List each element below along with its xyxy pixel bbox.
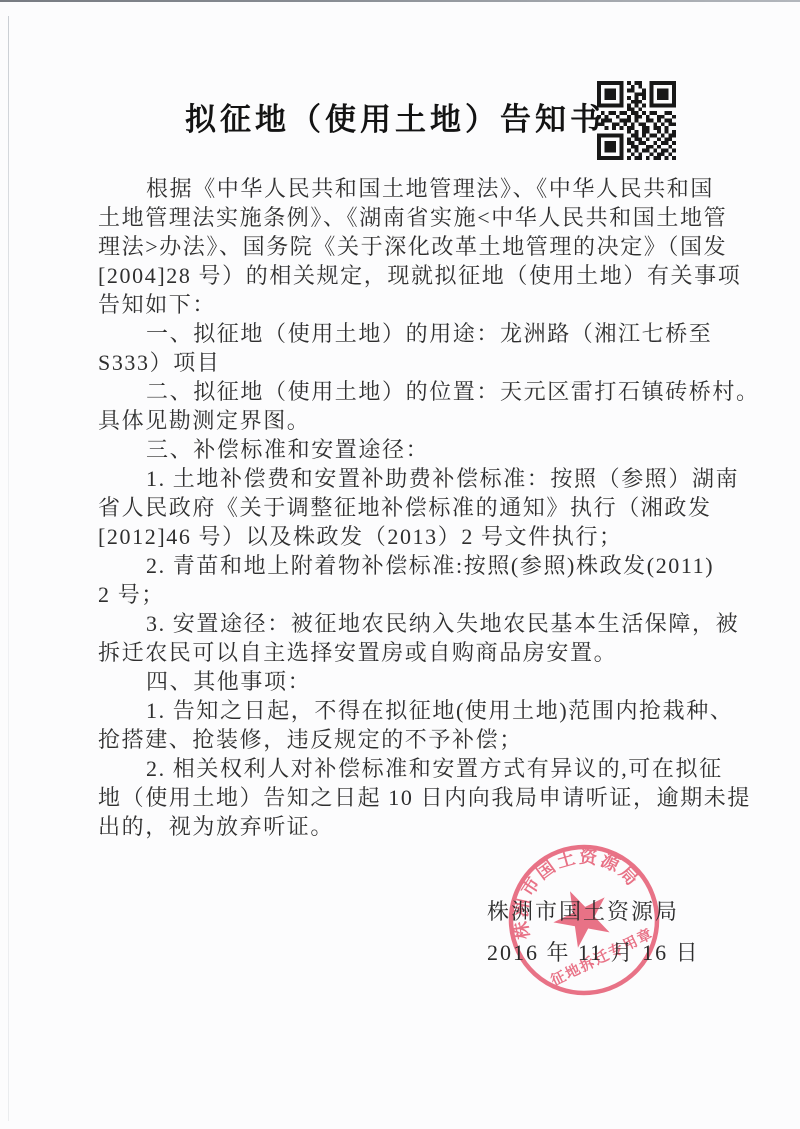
text-line: 土地管理法实施条例》、《湖南省实施<中华人民共和国土地管: [98, 203, 718, 232]
text-line: S333）项目: [98, 348, 718, 377]
text-line: 地（使用土地）告知之日起 10 日内向我局申请听证，逾期未提: [98, 783, 718, 812]
agency-name: 株洲市国土资源局: [487, 891, 700, 932]
text-line: 1. 告知之日起，不得在拟征地(使用土地)范围内抢栽种、: [98, 696, 718, 725]
text-line: 一、拟征地（使用土地）的用途：龙洲路（湘江七桥至: [98, 319, 718, 348]
text-line: 具体见勘测定界图。: [98, 406, 718, 435]
text-line: 2 号；: [98, 580, 718, 609]
paragraph: 1. 告知之日起，不得在拟征地(使用土地)范围内抢栽种、抢搭建、抢装修，违反规定…: [98, 696, 718, 754]
body-paragraphs: 根据《中华人民共和国土地管理法》、《中华人民共和国土地管理法实施条例》、《湖南省…: [98, 174, 718, 841]
signature-block: 株洲市国土资源局 2016 年 11 月 16 日: [487, 891, 700, 973]
paragraph: 3. 安置途径：被征地农民纳入失地农民基本生活保障，被拆迁农民可以自主选择安置房…: [98, 609, 718, 667]
paragraph: 一、拟征地（使用土地）的用途：龙洲路（湘江七桥至S333）项目: [98, 319, 718, 377]
text-line: 3. 安置途径：被征地农民纳入失地农民基本生活保障，被: [98, 609, 718, 638]
qr-code: [597, 81, 676, 160]
paragraph: 三、补偿标准和安置途径：: [98, 435, 718, 464]
text-line: 抢搭建、抢装修，违反规定的不予补偿；: [98, 725, 718, 754]
text-line: 根据《中华人民共和国土地管理法》、《中华人民共和国: [98, 174, 718, 203]
document-page: 拟征地（使用土地）告知书 根据《中华人民共和国土地管理法》、《中华人民共和国土地…: [0, 0, 800, 1129]
paragraph: 根据《中华人民共和国土地管理法》、《中华人民共和国土地管理法实施条例》、《湖南省…: [98, 174, 718, 319]
signature-date: 2016 年 11 月 16 日: [487, 932, 700, 973]
text-line: 三、补偿标准和安置途径：: [98, 435, 718, 464]
text-line: 2. 青苗和地上附着物补偿标准:按照(参照)株政发(2011): [98, 551, 718, 580]
paragraph: 二、拟征地（使用土地）的位置：天元区雷打石镇砖桥村。具体见勘测定界图。: [98, 377, 718, 435]
paragraph: 四、其他事项：: [98, 667, 718, 696]
scan-top-edge-artifact: [0, 0, 800, 2]
text-line: [2012]46 号）以及株政发（2013）2 号文件执行；: [98, 522, 718, 551]
text-line: 四、其他事项：: [98, 667, 718, 696]
text-line: 拆迁农民可以自主选择安置房或自购商品房安置。: [98, 638, 718, 667]
text-line: 理法>办法》、国务院《关于深化改革土地管理的决定》（国发: [98, 232, 718, 261]
text-line: 二、拟征地（使用土地）的位置：天元区雷打石镇砖桥村。: [98, 377, 718, 406]
paragraph: 1. 土地补偿费和安置补助费补偿标准：按照（参照）湖南省人民政府《关于调整征地补…: [98, 464, 718, 551]
scan-left-edge-artifact: [8, 16, 9, 1121]
text-line: 2. 相关权利人对补偿标准和安置方式有异议的,可在拟征: [98, 754, 718, 783]
paragraph: 2. 青苗和地上附着物补偿标准:按照(参照)株政发(2011)2 号；: [98, 551, 718, 609]
text-line: [2004]28 号）的相关规定，现就拟征地（使用土地）有关事项: [98, 261, 718, 290]
text-line: 1. 土地补偿费和安置补助费补偿标准：按照（参照）湖南: [98, 464, 718, 493]
text-line: 省人民政府《关于调整征地补偿标准的通知》执行（湘政发: [98, 493, 718, 522]
text-line: 告知如下：: [98, 290, 718, 319]
qr-code-svg: [597, 81, 676, 160]
